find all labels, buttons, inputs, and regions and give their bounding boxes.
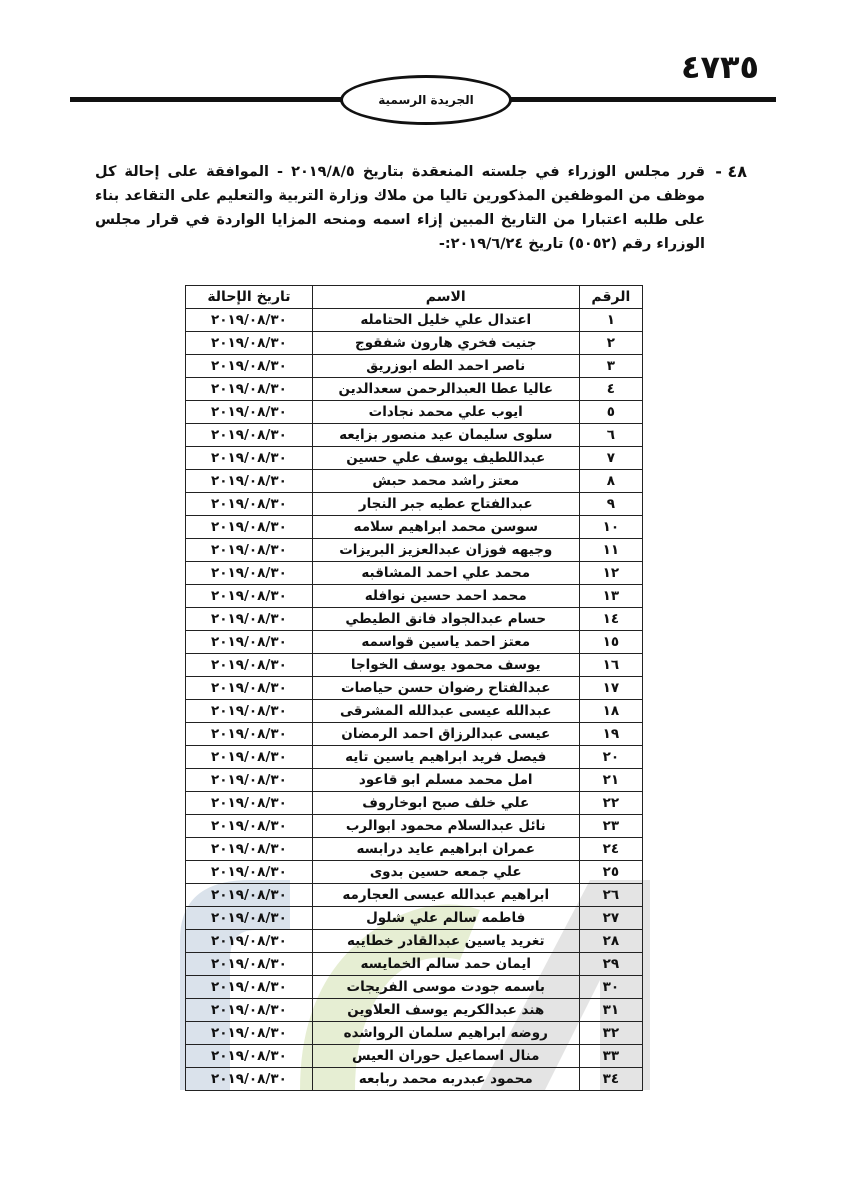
row-name: جنيت فخري هارون شفقوج — [312, 332, 579, 355]
row-retirement-date: ٢٠١٩/٠٨/٣٠ — [186, 1068, 313, 1091]
table-row: ٢١امل محمد مسلم ابو قاعود٢٠١٩/٠٨/٣٠ — [186, 769, 643, 792]
table-row: ١٠سوسن محمد ابراهيم سلامه٢٠١٩/٠٨/٣٠ — [186, 516, 643, 539]
row-number: ٧ — [579, 447, 642, 470]
row-number: ٢٣ — [579, 815, 642, 838]
decision-text: قرر مجلس الوزراء في جلسته المنعقدة بتاري… — [95, 160, 705, 256]
row-number: ٣٢ — [579, 1022, 642, 1045]
row-name: علي جمعه حسين بدوى — [312, 861, 579, 884]
row-name: وجيهه فوزان عبدالعزيز البريزات — [312, 539, 579, 562]
row-number: ٢١ — [579, 769, 642, 792]
row-retirement-date: ٢٠١٩/٠٨/٣٠ — [186, 861, 313, 884]
row-retirement-date: ٢٠١٩/٠٨/٣٠ — [186, 792, 313, 815]
row-retirement-date: ٢٠١٩/٠٨/٣٠ — [186, 1022, 313, 1045]
row-number: ٣١ — [579, 999, 642, 1022]
table-row: ٦سلوى سليمان عيد منصور بزايعه٢٠١٩/٠٨/٣٠ — [186, 424, 643, 447]
row-number: ١٧ — [579, 677, 642, 700]
row-number: ١٥ — [579, 631, 642, 654]
table-row: ١٩عيسى عبدالرزاق احمد الرمضان٢٠١٩/٠٨/٣٠ — [186, 723, 643, 746]
table-row: ٣٢روضه ابراهيم سلمان الرواشده٢٠١٩/٠٨/٣٠ — [186, 1022, 643, 1045]
row-retirement-date: ٢٠١٩/٠٨/٣٠ — [186, 562, 313, 585]
publication-name-badge: الجريدة الرسمية — [340, 75, 512, 125]
row-name: باسمه جودت موسى الفريجات — [312, 976, 579, 999]
header-number: الرقم — [579, 286, 642, 309]
row-number: ٢٠ — [579, 746, 642, 769]
row-name: عاليا عطا العبدالرحمن سعدالدين — [312, 378, 579, 401]
row-retirement-date: ٢٠١٩/٠٨/٣٠ — [186, 976, 313, 999]
row-name: عيسى عبدالرزاق احمد الرمضان — [312, 723, 579, 746]
row-number: ١٠ — [579, 516, 642, 539]
row-name: روضه ابراهيم سلمان الرواشده — [312, 1022, 579, 1045]
row-name: حسام عبدالجواد فانق الطيطي — [312, 608, 579, 631]
table-row: ١اعتدال علي خليل الحتامله٢٠١٩/٠٨/٣٠ — [186, 309, 643, 332]
row-retirement-date: ٢٠١٩/٠٨/٣٠ — [186, 999, 313, 1022]
row-retirement-date: ٢٠١٩/٠٨/٣٠ — [186, 401, 313, 424]
row-retirement-date: ٢٠١٩/٠٨/٣٠ — [186, 884, 313, 907]
table-row: ٨معتز راشد محمد حبش٢٠١٩/٠٨/٣٠ — [186, 470, 643, 493]
row-retirement-date: ٢٠١٩/٠٨/٣٠ — [186, 516, 313, 539]
row-name: علي خلف صبح ابوخاروف — [312, 792, 579, 815]
table-row: ٣ناصر احمد الطه ابوزريق٢٠١٩/٠٨/٣٠ — [186, 355, 643, 378]
row-name: تغريد ياسين عبدالقادر خطايبه — [312, 930, 579, 953]
row-retirement-date: ٢٠١٩/٠٨/٣٠ — [186, 815, 313, 838]
row-retirement-date: ٢٠١٩/٠٨/٣٠ — [186, 723, 313, 746]
row-name: ايمان حمد سالم الخمايسه — [312, 953, 579, 976]
row-name: اعتدال علي خليل الحتامله — [312, 309, 579, 332]
row-retirement-date: ٢٠١٩/٠٨/٣٠ — [186, 309, 313, 332]
table-row: ٢٤عمران ابراهيم عايد درابسه٢٠١٩/٠٨/٣٠ — [186, 838, 643, 861]
row-retirement-date: ٢٠١٩/٠٨/٣٠ — [186, 677, 313, 700]
table-row: ١٨عبدالله عيسى عبدالله المشرقى٢٠١٩/٠٨/٣٠ — [186, 700, 643, 723]
row-number: ١٦ — [579, 654, 642, 677]
row-name: ناصر احمد الطه ابوزريق — [312, 355, 579, 378]
row-retirement-date: ٢٠١٩/٠٨/٣٠ — [186, 585, 313, 608]
row-number: ٤ — [579, 378, 642, 401]
row-number: ١٨ — [579, 700, 642, 723]
row-number: ١٩ — [579, 723, 642, 746]
table-row: ١٣محمد احمد حسين نوافله٢٠١٩/٠٨/٣٠ — [186, 585, 643, 608]
page-number: ٤٧٣٥ — [680, 48, 760, 86]
table-row: ٩عبدالفتاح عطيه جبر النجار٢٠١٩/٠٨/٣٠ — [186, 493, 643, 516]
table-row: ٢٠فيصل فريد ابراهيم ياسين تايه٢٠١٩/٠٨/٣٠ — [186, 746, 643, 769]
row-number: ٢٨ — [579, 930, 642, 953]
row-name: منال اسماعيل حوران العيس — [312, 1045, 579, 1068]
row-number: ٣٠ — [579, 976, 642, 999]
row-number: ٣٤ — [579, 1068, 642, 1091]
table-body: ١اعتدال علي خليل الحتامله٢٠١٩/٠٨/٣٠٢جنيت… — [186, 309, 643, 1091]
row-number: ١٤ — [579, 608, 642, 631]
row-name: محمد احمد حسين نوافله — [312, 585, 579, 608]
table-row: ٢٨تغريد ياسين عبدالقادر خطايبه٢٠١٩/٠٨/٣٠ — [186, 930, 643, 953]
row-number: ١١ — [579, 539, 642, 562]
row-retirement-date: ٢٠١٩/٠٨/٣٠ — [186, 700, 313, 723]
row-name: عبداللطيف يوسف علي حسين — [312, 447, 579, 470]
row-number: ٢٦ — [579, 884, 642, 907]
row-name: سلوى سليمان عيد منصور بزايعه — [312, 424, 579, 447]
decision-item-number: ٤٨ - — [707, 160, 747, 184]
row-retirement-date: ٢٠١٩/٠٨/٣٠ — [186, 654, 313, 677]
row-retirement-date: ٢٠١٩/٠٨/٣٠ — [186, 539, 313, 562]
row-number: ٢٥ — [579, 861, 642, 884]
table-row: ٢٧فاطمه سالم علي شلول٢٠١٩/٠٨/٣٠ — [186, 907, 643, 930]
table-row: ٧عبداللطيف يوسف علي حسين٢٠١٩/٠٨/٣٠ — [186, 447, 643, 470]
table-row: ٣١هند عبدالكريم يوسف العلاوين٢٠١٩/٠٨/٣٠ — [186, 999, 643, 1022]
row-retirement-date: ٢٠١٩/٠٨/٣٠ — [186, 930, 313, 953]
row-number: ٥ — [579, 401, 642, 424]
row-retirement-date: ٢٠١٩/٠٨/٣٠ — [186, 470, 313, 493]
row-name: فيصل فريد ابراهيم ياسين تايه — [312, 746, 579, 769]
row-number: ٦ — [579, 424, 642, 447]
row-retirement-date: ٢٠١٩/٠٨/٣٠ — [186, 447, 313, 470]
row-retirement-date: ٢٠١٩/٠٨/٣٠ — [186, 332, 313, 355]
row-number: ١٣ — [579, 585, 642, 608]
row-number: ٢٤ — [579, 838, 642, 861]
row-number: ٣٣ — [579, 1045, 642, 1068]
row-retirement-date: ٢٠١٩/٠٨/٣٠ — [186, 1045, 313, 1068]
row-name: هند عبدالكريم يوسف العلاوين — [312, 999, 579, 1022]
row-retirement-date: ٢٠١٩/٠٨/٣٠ — [186, 907, 313, 930]
decision-paragraph: ٤٨ - قرر مجلس الوزراء في جلسته المنعقدة … — [95, 160, 745, 256]
row-name: عبدالفتاح عطيه جبر النجار — [312, 493, 579, 516]
table-row: ٣٠باسمه جودت موسى الفريجات٢٠١٩/٠٨/٣٠ — [186, 976, 643, 999]
row-retirement-date: ٢٠١٩/٠٨/٣٠ — [186, 631, 313, 654]
table-row: ١٤حسام عبدالجواد فانق الطيطي٢٠١٩/٠٨/٣٠ — [186, 608, 643, 631]
row-name: محمد علي احمد المشاقبه — [312, 562, 579, 585]
table-row: ٢٢علي خلف صبح ابوخاروف٢٠١٩/٠٨/٣٠ — [186, 792, 643, 815]
row-name: يوسف محمود يوسف الخواجا — [312, 654, 579, 677]
row-retirement-date: ٢٠١٩/٠٨/٣٠ — [186, 838, 313, 861]
table-row: ٣٤محمود عبدربه محمد ربابعه٢٠١٩/٠٨/٣٠ — [186, 1068, 643, 1091]
table-row: ٤عاليا عطا العبدالرحمن سعدالدين٢٠١٩/٠٨/٣… — [186, 378, 643, 401]
row-name: معتز راشد محمد حبش — [312, 470, 579, 493]
table-row: ١٧عبدالفتاح رضوان حسن حياصات٢٠١٩/٠٨/٣٠ — [186, 677, 643, 700]
row-number: ٣ — [579, 355, 642, 378]
row-name: عمران ابراهيم عايد درابسه — [312, 838, 579, 861]
row-retirement-date: ٢٠١٩/٠٨/٣٠ — [186, 746, 313, 769]
table-row: ٢جنيت فخري هارون شفقوج٢٠١٩/٠٨/٣٠ — [186, 332, 643, 355]
row-name: ايوب علي محمد نجادات — [312, 401, 579, 424]
row-name: عبدالفتاح رضوان حسن حياصات — [312, 677, 579, 700]
table-row: ٣٣منال اسماعيل حوران العيس٢٠١٩/٠٨/٣٠ — [186, 1045, 643, 1068]
row-retirement-date: ٢٠١٩/٠٨/٣٠ — [186, 493, 313, 516]
header-name: الاسم — [312, 286, 579, 309]
table-row: ٢٩ايمان حمد سالم الخمايسه٢٠١٩/٠٨/٣٠ — [186, 953, 643, 976]
row-number: ٢٧ — [579, 907, 642, 930]
header-retirement-date: تاريخ الإحالة — [186, 286, 313, 309]
row-number: ١٢ — [579, 562, 642, 585]
row-number: ٢٢ — [579, 792, 642, 815]
row-name: عبدالله عيسى عبدالله المشرقى — [312, 700, 579, 723]
row-name: سوسن محمد ابراهيم سلامه — [312, 516, 579, 539]
row-number: ٨ — [579, 470, 642, 493]
row-name: فاطمه سالم علي شلول — [312, 907, 579, 930]
table-row: ١٢محمد علي احمد المشاقبه٢٠١٩/٠٨/٣٠ — [186, 562, 643, 585]
row-number: ٢ — [579, 332, 642, 355]
table-row: ٢٣نائل عبدالسلام محمود ابوالرب٢٠١٩/٠٨/٣٠ — [186, 815, 643, 838]
table-header-row: الرقم الاسم تاريخ الإحالة — [186, 286, 643, 309]
row-number: ٢٩ — [579, 953, 642, 976]
row-retirement-date: ٢٠١٩/٠٨/٣٠ — [186, 953, 313, 976]
table-row: ٥ايوب علي محمد نجادات٢٠١٩/٠٨/٣٠ — [186, 401, 643, 424]
row-number: ١ — [579, 309, 642, 332]
row-name: معتز احمد ياسين قواسمه — [312, 631, 579, 654]
row-name: نائل عبدالسلام محمود ابوالرب — [312, 815, 579, 838]
row-number: ٩ — [579, 493, 642, 516]
row-name: ابراهيم عبدالله عيسى العجارمه — [312, 884, 579, 907]
row-retirement-date: ٢٠١٩/٠٨/٣٠ — [186, 378, 313, 401]
row-name: امل محمد مسلم ابو قاعود — [312, 769, 579, 792]
row-retirement-date: ٢٠١٩/٠٨/٣٠ — [186, 355, 313, 378]
row-retirement-date: ٢٠١٩/٠٨/٣٠ — [186, 769, 313, 792]
table-row: ٢٦ابراهيم عبدالله عيسى العجارمه٢٠١٩/٠٨/٣… — [186, 884, 643, 907]
table-row: ٢٥علي جمعه حسين بدوى٢٠١٩/٠٨/٣٠ — [186, 861, 643, 884]
table-row: ١٦يوسف محمود يوسف الخواجا٢٠١٩/٠٨/٣٠ — [186, 654, 643, 677]
table-row: ١٥معتز احمد ياسين قواسمه٢٠١٩/٠٨/٣٠ — [186, 631, 643, 654]
row-name: محمود عبدربه محمد ربابعه — [312, 1068, 579, 1091]
row-retirement-date: ٢٠١٩/٠٨/٣٠ — [186, 608, 313, 631]
retirees-table: الرقم الاسم تاريخ الإحالة ١اعتدال علي خل… — [185, 285, 643, 1091]
table-row: ١١وجيهه فوزان عبدالعزيز البريزات٢٠١٩/٠٨/… — [186, 539, 643, 562]
publication-name: الجريدة الرسمية — [378, 93, 474, 107]
row-retirement-date: ٢٠١٩/٠٨/٣٠ — [186, 424, 313, 447]
